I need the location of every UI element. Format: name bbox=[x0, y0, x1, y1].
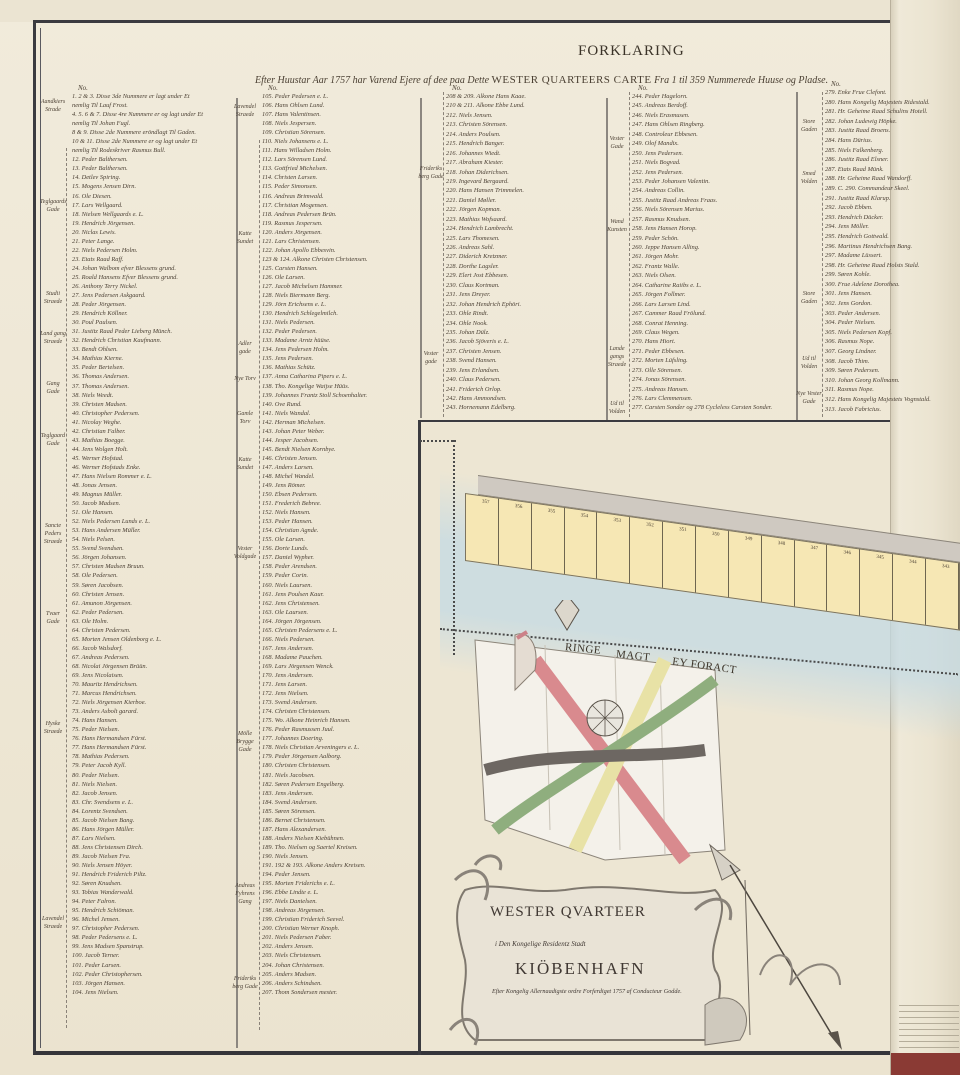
map-lot: 354 bbox=[565, 508, 598, 579]
legend-entry: 214. Anders Poulsen. bbox=[446, 130, 526, 139]
legend-entry: 172. Jens Nielsen. bbox=[262, 689, 368, 698]
legend-entry: 36. Thomas Andersen. bbox=[72, 372, 203, 381]
legend-entry: 96. Michel Jensen. bbox=[72, 915, 203, 924]
legend-entry: 126. Ole Larsen. bbox=[262, 273, 368, 282]
legend-entry: 120. Anders Jörgensen. bbox=[262, 228, 368, 237]
legend-entry: 149. Jens Römer. bbox=[262, 481, 368, 490]
legend-entry: 157. Daniel Wypher. bbox=[262, 553, 368, 562]
legend-entry: 291. Justitz Raad Klarup. bbox=[825, 194, 931, 204]
street-name-label: Adler gade bbox=[232, 340, 258, 356]
map-lot: 343 bbox=[926, 559, 959, 630]
legend-entry: 140. Ove Rund. bbox=[262, 400, 368, 409]
legend-entry: 161. Jens Poulsen Kaur. bbox=[262, 590, 368, 599]
legend-entry: 121. Lars Christensen. bbox=[262, 237, 368, 246]
legend-entry: 30. Poul Paulsen. bbox=[72, 318, 203, 327]
legend-entry: 12. Peder Balthersen. bbox=[72, 155, 203, 164]
number-header: No. bbox=[638, 84, 772, 92]
legend-entry: 298. Hr. Geheime Raad Holsts Stald. bbox=[825, 261, 931, 271]
legend-entry: 129. Jörn Erichsens e. L. bbox=[262, 300, 368, 309]
legend-entry: 292. Jacob Ebben. bbox=[825, 203, 931, 213]
legend-entry: 305. Niels Pedersen Kopf. bbox=[825, 328, 931, 338]
legend-entry: 277. Carsten Sonder og 278 Cycleless Car… bbox=[632, 403, 772, 412]
legend-entry: 41. Nicolay Weghe. bbox=[72, 418, 203, 427]
legend-entry: 219. Ingevard Bergaard. bbox=[446, 177, 526, 186]
legend-entry: 141. Niels Wandal. bbox=[262, 409, 368, 418]
legend-entry: 248. Controleur Ebbesen. bbox=[632, 130, 772, 139]
legend-entry: 286. Justitz Raad Elsner. bbox=[825, 155, 931, 165]
legend-entry: 133. Madame Arntz hüüse. bbox=[262, 336, 368, 345]
lot-number: 347 bbox=[811, 546, 819, 552]
legend-entry: 99. Jens Madsen Spanstrup. bbox=[72, 942, 203, 951]
legend-entry: 24. Johan Walbom efver Blessens grund. bbox=[72, 264, 203, 273]
legend-entry: 77. Hans Hermandsen Fürst. bbox=[72, 743, 203, 752]
legend-column-5: No. 279. Enke Frue Clefont.280. Hans Kon… bbox=[825, 80, 931, 414]
lot-number: 349 bbox=[745, 536, 753, 542]
legend-entry: 111. Hans Willadsen Holm. bbox=[262, 146, 368, 155]
street-name-label: Wand Kunsten bbox=[604, 218, 630, 234]
legend-entry: 201. Niels Pedersen Faber. bbox=[262, 933, 368, 942]
sheet-top-edge bbox=[0, 0, 960, 22]
legend-entry: 240. Claus Pedersen. bbox=[446, 375, 526, 384]
legend-entry: 20. Niclas Lewis. bbox=[72, 228, 203, 237]
legend-entry: 289. C. 290. Commandeur Skeel. bbox=[825, 184, 931, 194]
street-name-label: Katte Sundet bbox=[232, 456, 258, 472]
fold-grid-lines bbox=[899, 1000, 959, 1050]
street-name-label: Studii Straede bbox=[40, 290, 66, 306]
legend-entry: 83. Chr. Svendsens e. L. bbox=[72, 798, 203, 807]
legend-entry: 142. Herman Michelsen. bbox=[262, 418, 368, 427]
street-name-label: Ud til Volden bbox=[604, 400, 630, 416]
map-lot: 350 bbox=[696, 526, 729, 597]
legend-entry: 257. Rasmus Knudsen. bbox=[632, 215, 772, 224]
legend-entry: 271. Peder Ebbesen. bbox=[632, 347, 772, 356]
legend-entry: 155. Ole Larsen. bbox=[262, 535, 368, 544]
legend-entry: 312. Hans Kongelig Majestets Vognstald. bbox=[825, 395, 931, 405]
number-header: No. bbox=[831, 80, 931, 88]
street-name-label: Teglgaard Gade bbox=[40, 432, 66, 448]
legend-entry: 256. Niels Sörensen Marius. bbox=[632, 205, 772, 214]
entry-list: 105. Peder Pedersen e. L.106. Hans Ohlse… bbox=[262, 92, 368, 997]
legend-entry: 104. Jens Nielsen. bbox=[72, 988, 203, 997]
legend-entry: 32. Hendrich Christian Kaufmann. bbox=[72, 336, 203, 345]
legend-entry: 210 & 211. Alkone Ebbe Lund. bbox=[446, 101, 526, 110]
legend-entry: 310. Johan Georg Kollmann. bbox=[825, 376, 931, 386]
legend-entry: 163. Ole Laursen. bbox=[262, 608, 368, 617]
legend-entry: 266. Lars Larsen Lind. bbox=[632, 300, 772, 309]
legend-entry: 4. 5. 6 & 7. Disse 4re Nummere er og lag… bbox=[72, 110, 203, 119]
legend-entry: 186. Bernet Christensen. bbox=[262, 816, 368, 825]
legend-entry: 50. Jacob Madsen. bbox=[72, 499, 203, 508]
legend-entry: 238. Svend Hansen. bbox=[446, 356, 526, 365]
legend-entry: 37. Thomas Andersen. bbox=[72, 382, 203, 391]
lot-number: 345 bbox=[876, 555, 884, 561]
legend-entry: 185. Søren Sörensen. bbox=[262, 807, 368, 816]
legend-entry: 220. Hans Hansen Trimmelen. bbox=[446, 186, 526, 195]
street-name-label: Lande gangs Straede bbox=[604, 345, 630, 369]
cartouche-subtitle: i Den Kongelige Residentz Stadt bbox=[495, 940, 586, 948]
map-lot: 346 bbox=[827, 545, 860, 616]
legend-entry: 43. Mathias Boegge. bbox=[72, 436, 203, 445]
legend-entry: 178. Niels Christian Arveningers e. L. bbox=[262, 743, 368, 752]
legend-entry: 212. Niels Jensen. bbox=[446, 111, 526, 120]
legend-entry: 42. Christian Falber. bbox=[72, 427, 203, 436]
legend-entry: 205. Anders Madsen. bbox=[262, 970, 368, 979]
legend-entry: 285. Niels Falkenberg. bbox=[825, 146, 931, 156]
map-lot: 352 bbox=[630, 517, 663, 588]
legend-entry: 107. Hans Valentinsen. bbox=[262, 110, 368, 119]
legend-entry: 91. Hendrich Friderich Piltz. bbox=[72, 870, 203, 879]
legend-bottom-border bbox=[420, 420, 890, 422]
legend-entry: 27. Jens Pedersen Askgaard. bbox=[72, 291, 203, 300]
legend-entry: 299. Søren Kohle. bbox=[825, 270, 931, 280]
legend-entry: 15. Mogens Jensen Dirn. bbox=[72, 182, 203, 191]
legend-entry: 265. Jörgen Follmer. bbox=[632, 290, 772, 299]
legend-entry: 29. Hendrich Köllner. bbox=[72, 309, 203, 318]
street-name-label: Sancte Peders Straede bbox=[40, 522, 66, 546]
legend-entry: 259. Peder Schön. bbox=[632, 234, 772, 243]
legend-entry: 236. Jacob Sjöveris e. L. bbox=[446, 337, 526, 346]
legend-entry: 52. Niels Pedersen Lunds e. L. bbox=[72, 517, 203, 526]
legend-entry: 88. Jens Christensen Dirch. bbox=[72, 843, 203, 852]
map-lot: 356 bbox=[499, 499, 532, 570]
entry-dashed-rule bbox=[259, 140, 260, 1030]
legend-entry: 296. Martinus Hendrichsen Bang. bbox=[825, 242, 931, 252]
legend-entry: 113. Gottfried Michelsen. bbox=[262, 164, 368, 173]
legend-entry: 31. Justitz Raad Peder Lieberg Münch. bbox=[72, 327, 203, 336]
legend-entry: 293. Hendrich Dücker. bbox=[825, 213, 931, 223]
legend-entry: 302. Jens Gordon. bbox=[825, 299, 931, 309]
legend-entry: 188. Anders Nielsen Kiebühnen. bbox=[262, 834, 368, 843]
legend-entry: 196. Ebbe Lindte e. L. bbox=[262, 888, 368, 897]
legend-entry: 66. Jacob Walsdorf. bbox=[72, 644, 203, 653]
legend-entry: 158. Peder Arendsen. bbox=[262, 562, 368, 571]
legend-entry: 176. Peder Rasmussen Juul. bbox=[262, 725, 368, 734]
legend-entry: 303. Peder Andersen. bbox=[825, 309, 931, 319]
entry-dashed-rule bbox=[66, 148, 67, 1028]
legend-entry: 179. Peder Jörgensen Aalborg. bbox=[262, 752, 368, 761]
legend-entry: 199. Christian Friderich Seevel. bbox=[262, 915, 368, 924]
entry-dashed-rule bbox=[443, 92, 444, 417]
lot-number: 344 bbox=[909, 559, 917, 565]
legend-entry: 306. Rasmus Nope. bbox=[825, 337, 931, 347]
legend-entry: 300. Frue Adelene Dorothea. bbox=[825, 280, 931, 290]
legend-entry: 276. Lars Clemmensen. bbox=[632, 394, 772, 403]
number-header: No. bbox=[452, 84, 526, 92]
legend-entry: 281. Hr. Geheime Raad Schulins Hotell. bbox=[825, 107, 931, 117]
legend-entry: 122. Johan Apollo Ebbesvin. bbox=[262, 246, 368, 255]
legend-entry: 160. Niels Laursen. bbox=[262, 581, 368, 590]
legend-entry: 145. Bendt Nielsen Kornbye. bbox=[262, 445, 368, 454]
legend-entry: 62. Peder Pedersen. bbox=[72, 608, 203, 617]
legend-entry: 164. Jörgen Jörgensen. bbox=[262, 617, 368, 626]
legend-entry: 125. Carsten Hansen. bbox=[262, 264, 368, 273]
legend-entry: 216. Johannes Wiedt. bbox=[446, 149, 526, 158]
legend-entry: 64. Christen Pedersen. bbox=[72, 626, 203, 635]
legend-entry: 92. Søren Knudsen. bbox=[72, 879, 203, 888]
legend-entry: 127. Jacob Michelsen Hammer. bbox=[262, 282, 368, 291]
legend-entry: 222. Jörgen Kopman. bbox=[446, 205, 526, 214]
legend-entry: 72. Niels Jörgensen Kierboe. bbox=[72, 698, 203, 707]
map-lot: 353 bbox=[597, 513, 630, 584]
legend-entry: 79. Peter Jacob Kyll. bbox=[72, 761, 203, 770]
legend-entry: 84. Lorentz Svendsen. bbox=[72, 807, 203, 816]
legend-entry: 103. Jörgen Hansen. bbox=[72, 979, 203, 988]
legend-entry: 207. Thom Sondersen mester. bbox=[262, 988, 368, 997]
legend-entry: 97. Christopher Pedersen. bbox=[72, 924, 203, 933]
street-name-label: Land gang Straede bbox=[40, 330, 66, 346]
legend-entry: 301. Jens Hansen. bbox=[825, 289, 931, 299]
legend-entry: 144. Jesper Jacobsen. bbox=[262, 436, 368, 445]
legend-entry: 262. Frantz Walle. bbox=[632, 262, 772, 271]
legend-entry: 183. Jens Andersen. bbox=[262, 789, 368, 798]
legend-entry: 311. Rasmus Nope. bbox=[825, 385, 931, 395]
street-name-label: Frideriks berg Gade bbox=[418, 165, 444, 181]
legend-entry: 116. Andreas Brimwald. bbox=[262, 192, 368, 201]
legend-entry: 85. Jacob Nielsen Bang. bbox=[72, 816, 203, 825]
legend-entry: 231. Jens Dreyer. bbox=[446, 290, 526, 299]
legend-entry: 57. Christen Madsen Bruun. bbox=[72, 562, 203, 571]
map-lot: 345 bbox=[860, 550, 893, 621]
legend-entry: 194. Peder Jensen. bbox=[262, 870, 368, 879]
legend-entry: 86. Hans Jörgen Müller. bbox=[72, 825, 203, 834]
street-name-label: Mölle Brygge Gade bbox=[232, 730, 258, 754]
legend-entry: 233. Ohle Rindt. bbox=[446, 309, 526, 318]
lot-number: 348 bbox=[778, 541, 786, 547]
legend-entry: 108. Niels Jespersen. bbox=[262, 119, 368, 128]
legend-entry: 243. Hornemann Edelberg. bbox=[446, 403, 526, 412]
legend-entry: 200. Christian Werner Knoph. bbox=[262, 924, 368, 933]
street-name-label: Andreas Fyhrens Gang bbox=[232, 882, 258, 906]
lot-number: 356 bbox=[515, 504, 523, 510]
legend-entry: 8 & 9. Disse 2de Nummere eröndlagt Til G… bbox=[72, 128, 203, 137]
legend-entry: 252. Jens Pedersen. bbox=[632, 168, 772, 177]
legend-entry: 45. Werner Hofstad. bbox=[72, 454, 203, 463]
legend-entry: 234. Ohle Nook. bbox=[446, 319, 526, 328]
legend-entry: 250. Jens Pedersen. bbox=[632, 149, 772, 158]
legend-entry: 241. Friderich Orlop. bbox=[446, 385, 526, 394]
legend-entry: 168. Madame Pauchen. bbox=[262, 653, 368, 662]
legend-entry: 90. Niels Jensen Höyer. bbox=[72, 861, 203, 870]
legend-entry: 10 & 11. Disse 2de Nummere er og lagt un… bbox=[72, 137, 203, 146]
legend-entry: 226. Andreas Sahl. bbox=[446, 243, 526, 252]
legend-entry: 261. Jörgen Mohr. bbox=[632, 252, 772, 261]
legend-entry: 268. Conrat Henning. bbox=[632, 319, 772, 328]
cartouche-title: WESTER QVARTEER bbox=[490, 904, 646, 921]
legend-entry: 130. Hendrich Schlegelmilch. bbox=[262, 309, 368, 318]
binding-edge bbox=[891, 1053, 960, 1075]
legend-entry: 154. Christian Agnde. bbox=[262, 526, 368, 535]
legend-entry: 171. Jens Larsen. bbox=[262, 680, 368, 689]
legend-entry: 146. Christen Jensen. bbox=[262, 454, 368, 463]
legend-entry: 61. Amunon Jörgensen. bbox=[72, 599, 203, 608]
legend-entry: nemlig Til Johan Fugl. bbox=[72, 119, 203, 128]
legend-title: FORKLARING bbox=[578, 43, 685, 60]
entry-list: 1. 2 & 3. Disse 3de Nummere er lagt unde… bbox=[72, 92, 203, 997]
legend-entry: 44. Jens Wolgen Holt. bbox=[72, 445, 203, 454]
street-name-label: Ud til Volden bbox=[796, 355, 822, 371]
legend-entry: 313. Jacob Fabricius. bbox=[825, 405, 931, 415]
legend-entry: 294. Jens Möller. bbox=[825, 222, 931, 232]
map-lot: 351 bbox=[663, 522, 696, 593]
legend-entry: 195. Morten Friderichs e. L. bbox=[262, 879, 368, 888]
legend-entry: 51. Ole Hansen. bbox=[72, 508, 203, 517]
legend-entry: 89. Jacob Nielsen Fra. bbox=[72, 852, 203, 861]
lot-number: 353 bbox=[613, 518, 621, 524]
legend-entry: 54. Niels Pelsen. bbox=[72, 535, 203, 544]
legend-entry: 150. Ebsen Pedersen. bbox=[262, 490, 368, 499]
legend-entry: 165. Christen Pedersens e. L. bbox=[262, 626, 368, 635]
legend-entry: 118. Andreas Pedersen Brün. bbox=[262, 210, 368, 219]
legend-entry: 206. Anders Schindsen. bbox=[262, 979, 368, 988]
legend-entry: nemlig Til Lauf Frost. bbox=[72, 101, 203, 110]
legend-entry: 135. Jens Pedersen. bbox=[262, 354, 368, 363]
legend-entry: 78. Mathias Pedersen. bbox=[72, 752, 203, 761]
map-lot: 357 bbox=[466, 494, 499, 565]
legend-entry: 67. Andreas Pedersen. bbox=[72, 653, 203, 662]
legend-entry: 177. Johannes Doering. bbox=[262, 734, 368, 743]
legend-entry: 87. Lars Nielsen. bbox=[72, 834, 203, 843]
legend-entry: 56. Jörgen Johansen. bbox=[72, 553, 203, 562]
street-name-label: Gang Gade bbox=[40, 380, 66, 396]
entry-list: 208 & 209. Alkone Hans Kaae.210 & 211. A… bbox=[446, 92, 526, 413]
map-lot: 347 bbox=[795, 540, 828, 611]
legend-entry: 69. Jens Nicolaisen. bbox=[72, 671, 203, 680]
legend-entry: 189. Tho. Nielsen og Saertel Kreisen. bbox=[262, 843, 368, 852]
legend-entry: 224. Hendrich Lambrecht. bbox=[446, 224, 526, 233]
legend-entry: 119. Rasmus Jespersen. bbox=[262, 219, 368, 228]
legend-entry: 81. Niels Nielsen. bbox=[72, 780, 203, 789]
legend-entry: 49. Magnus Müller. bbox=[72, 490, 203, 499]
legend-entry: 58. Ole Pedersen. bbox=[72, 571, 203, 580]
legend-entry: 136. Mathias Schütz. bbox=[262, 363, 368, 372]
legend-column-4: No. 244. Peder Hagelorn.245. Andreas Ber… bbox=[632, 84, 772, 413]
legend-entry: 272. Morten Lüfsling. bbox=[632, 356, 772, 365]
decorative-arrow-and-foliage bbox=[700, 835, 890, 1055]
legend-entry: 228. Dorthe Lagsler. bbox=[446, 262, 526, 271]
legend-entry: 223. Mathias Wofsaard. bbox=[446, 215, 526, 224]
legend-entry: 34. Mathias Kierne. bbox=[72, 354, 203, 363]
street-name-label: Gamle Torv bbox=[232, 410, 258, 426]
legend-entry: 17. Lars Wellgaard. bbox=[72, 201, 203, 210]
legend-entry: 22. Niels Pedersen Holm. bbox=[72, 246, 203, 255]
entry-list: 279. Enke Frue Clefont.280. Hans Kongeli… bbox=[825, 88, 931, 414]
legend-entry: 28. Peder Jörgensen. bbox=[72, 300, 203, 309]
legend-entry: 170. Jens Andersen. bbox=[262, 671, 368, 680]
legend-entry: 202. Anders Jensen. bbox=[262, 942, 368, 951]
legend-entry: 237. Christen Jensen. bbox=[446, 347, 526, 356]
lot-number: 351 bbox=[679, 527, 687, 533]
lot-number: 357 bbox=[482, 499, 490, 505]
legend-entry: 76. Hans Hermandsen Fürst. bbox=[72, 734, 203, 743]
legend-entry: 128. Niels Biermann Berg. bbox=[262, 291, 368, 300]
legend-entry: 270. Hans Hiort. bbox=[632, 337, 772, 346]
legend-entry: 73. Anders Asbolt garard. bbox=[72, 707, 203, 716]
lot-number: 355 bbox=[548, 509, 556, 515]
legend-entry: 227. Diderich Kretzmer. bbox=[446, 252, 526, 261]
map-lot: 344 bbox=[893, 554, 926, 625]
legend-entry: 182. Søren Pedersen Engelberg. bbox=[262, 780, 368, 789]
legend-entry: 213. Christen Sörensen. bbox=[446, 120, 526, 129]
legend-entry: 258. Jens Hansen Horop. bbox=[632, 224, 772, 233]
legend-entry: 267. Cammer Raad Frölund. bbox=[632, 309, 772, 318]
number-header: No. bbox=[78, 84, 203, 92]
legend-entry: 308. Jacob Thim. bbox=[825, 357, 931, 367]
legend-entry: 134. Jens Pedersen Holm. bbox=[262, 345, 368, 354]
legend-entry: 260. Jeppe Hansen Alling. bbox=[632, 243, 772, 252]
legend-column-2: No. 105. Peder Pedersen e. L.106. Hans O… bbox=[262, 84, 368, 997]
legend-entry: 93. Tobias Wanderwald. bbox=[72, 888, 203, 897]
legend-entry: 274. Jonas Sörensen. bbox=[632, 375, 772, 384]
legend-entry: 13. Peder Balthersen. bbox=[72, 164, 203, 173]
street-name-label: Store Gaden bbox=[796, 290, 822, 306]
legend-entry: 98. Peder Pedersens e. L. bbox=[72, 933, 203, 942]
legend-entry: 74. Hans Hansen. bbox=[72, 716, 203, 725]
lot-number: 354 bbox=[581, 513, 589, 519]
cartouche-city: KIÖBENHAFN bbox=[515, 959, 646, 979]
legend-entry: 275. Andreas Hansen. bbox=[632, 385, 772, 394]
legend-entry: 39. Christen Madsen. bbox=[72, 400, 203, 409]
legend-entry: 245. Andreas Berdoff. bbox=[632, 101, 772, 110]
legend-entry: nemlig Til Rodeskriver Rasmus Bull. bbox=[72, 146, 203, 155]
legend-entry: 284. Hans Dürius. bbox=[825, 136, 931, 146]
legend-entry: 198. Andreas Jörgensen. bbox=[262, 906, 368, 915]
street-name-label: Katte Sundet bbox=[232, 230, 258, 246]
legend-entry: 59. Søren Jacobsen. bbox=[72, 581, 203, 590]
legend-entry: 123 & 124. Alkone Christen Christensen. bbox=[262, 255, 368, 264]
legend-column-1: No. 1. 2 & 3. Disse 3de Nummere er lagt … bbox=[72, 84, 203, 997]
legend-entry: 139. Johannes Frantz Stoll Schoenhalter. bbox=[262, 391, 368, 400]
legend-entry: 191. 192 & 193. Alkone Anders Kreisen. bbox=[262, 861, 368, 870]
legend-entry: 55. Svend Svendsen. bbox=[72, 544, 203, 553]
street-name-label: Vester gade bbox=[418, 350, 444, 366]
legend-entry: 114. Christen Larsen. bbox=[262, 173, 368, 182]
legend-entry: 75. Peder Nielsen. bbox=[72, 725, 203, 734]
street-name-label: Smed Volden bbox=[796, 170, 822, 186]
legend-entry: 174. Christen Christensen. bbox=[262, 707, 368, 716]
legend-entry: 25. Roald Hansens Efver Blessens grund. bbox=[72, 273, 203, 282]
legend-entry: 148. Michel Wandel. bbox=[262, 472, 368, 481]
legend-entry: 187. Hans Alexandersen. bbox=[262, 825, 368, 834]
legend-entry: 63. Ole Holm. bbox=[72, 617, 203, 626]
number-header: No. bbox=[268, 84, 368, 92]
legend-entry: 105. Peder Pedersen e. L. bbox=[262, 92, 368, 101]
legend-entry: 251. Niels Bogvad. bbox=[632, 158, 772, 167]
legend-entry: 70. Mauritz Hendrichsen. bbox=[72, 680, 203, 689]
legend-entry: 180. Christen Christensen. bbox=[262, 761, 368, 770]
legend-entry: 115. Peder Simonsen. bbox=[262, 182, 368, 191]
lot-number: 346 bbox=[843, 550, 851, 556]
legend-column-3: No. 208 & 209. Alkone Hans Kaae.210 & 21… bbox=[446, 84, 526, 413]
legend-entry: 181. Niels Jacobsen. bbox=[262, 771, 368, 780]
legend-entry: 35. Peder Bertelsen. bbox=[72, 363, 203, 372]
legend-entry: 153. Peder Hansen. bbox=[262, 517, 368, 526]
legend-entry: 235. Johan Dülz. bbox=[446, 328, 526, 337]
legend-entry: 167. Jens Andersen. bbox=[262, 644, 368, 653]
legend-entry: 280. Hans Kongelig Majestets Ridestald. bbox=[825, 98, 931, 108]
legend-entry: 109. Christian Sörensen. bbox=[262, 128, 368, 137]
legend-entry: 162. Jens Christensen. bbox=[262, 599, 368, 608]
entry-dashed-rule bbox=[822, 92, 823, 417]
legend-entry: 48. Jonas Jensen. bbox=[72, 481, 203, 490]
legend-entry: 190. Niels Jensen. bbox=[262, 852, 368, 861]
legend-entry: 254. Andreas Collin. bbox=[632, 186, 772, 195]
legend-entry: 71. Marcus Hendrichsen. bbox=[72, 689, 203, 698]
lot-number: 352 bbox=[646, 522, 654, 528]
legend-entry: 21. Peter Lange. bbox=[72, 237, 203, 246]
legend-entry: 80. Peder Nielsen. bbox=[72, 771, 203, 780]
legend-entry: 244. Peder Hagelorn. bbox=[632, 92, 772, 101]
legend-entry: 138. Tho. Kongelige Waijse Hüüs. bbox=[262, 382, 368, 391]
